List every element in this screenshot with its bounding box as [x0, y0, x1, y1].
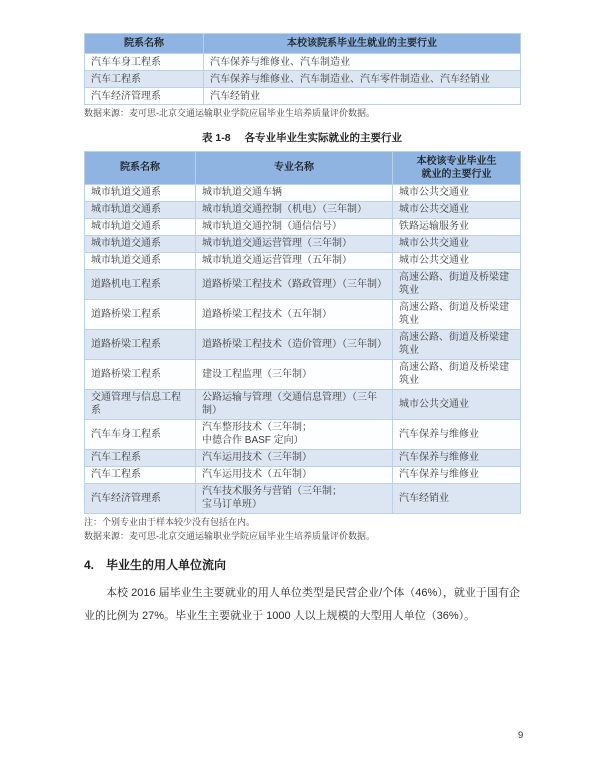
column-header-industry: 本校该院系毕业生就业的主要行业 [204, 34, 521, 54]
industry-cell: 城市公共交通业 [393, 389, 521, 419]
major-industry-table: 院系名称 专业名称 本校该专业毕业生 就业的主要行业 城市轨道交通系城市轨道交通… [84, 151, 521, 514]
table-row: 城市轨道交通系城市轨道交通车辆城市公共交通业 [85, 184, 521, 201]
table-row: 道路桥梁工程系道路桥梁工程技术（五年制）高速公路、街道及桥梁建筑业 [85, 299, 521, 329]
table-row: 城市轨道交通系城市轨道交通控制（通信信号）铁路运输服务业 [85, 218, 521, 235]
department-cell: 汽车车身工程系 [85, 419, 196, 449]
major-cell: 汽车技术服务与营销（三年制； 宝马订单班） [196, 483, 393, 513]
section-heading: 4.毕业生的用人单位流向 [84, 556, 520, 573]
table-row: 道路桥梁工程系道路桥梁工程技术（造价管理）（三年制）高速公路、街道及桥梁建筑业 [85, 329, 521, 359]
department-cell: 汽车工程系 [85, 449, 196, 466]
section-title: 毕业生的用人单位流向 [106, 558, 226, 572]
industry-cell: 铁路运输服务业 [393, 218, 521, 235]
table-row: 汽车车身工程系汽车保养与维修业、汽车制造业 [85, 54, 521, 71]
major-cell: 城市轨道交通控制（通信信号） [196, 218, 393, 235]
department-cell: 交通管理与信息工程系 [85, 389, 196, 419]
department-cell: 汽车车身工程系 [85, 54, 204, 71]
department-cell: 道路桥梁工程系 [85, 359, 196, 389]
table-row: 汽车工程系汽车保养与维修业、汽车制造业、汽车零件制造业、汽车经销业 [85, 71, 521, 88]
table-row: 道路桥梁工程系建设工程监理（三年制）高速公路、街道及桥梁建筑业 [85, 359, 521, 389]
table-row: 汽车经济管理系汽车经销业 [85, 88, 521, 105]
table-row: 城市轨道交通系城市轨道交通运营管理（五年制）城市公共交通业 [85, 252, 521, 269]
industry-cell: 城市公共交通业 [393, 235, 521, 252]
table-caption: 表 1-8各专业毕业生实际就业的主要行业 [84, 130, 520, 145]
industry-cell: 城市公共交通业 [393, 252, 521, 269]
industry-cell: 高速公路、街道及桥梁建筑业 [393, 329, 521, 359]
column-header-department: 院系名称 [85, 151, 196, 184]
department-cell: 汽车工程系 [85, 71, 204, 88]
column-header-major: 专业名称 [196, 151, 393, 184]
industry-cell: 汽车保养与维修业、汽车制造业 [204, 54, 521, 71]
industry-cell: 高速公路、街道及桥梁建筑业 [393, 269, 521, 299]
column-header-industry: 本校该专业毕业生 就业的主要行业 [393, 151, 521, 184]
industry-cell: 汽车保养与维修业 [393, 449, 521, 466]
major-cell: 汽车整形技术（三年制； 中德合作 BASF 定向） [196, 419, 393, 449]
department-cell: 道路桥梁工程系 [85, 329, 196, 359]
section-number: 4. [84, 558, 94, 572]
document-page: 院系名称 本校该院系毕业生就业的主要行业 汽车车身工程系汽车保养与维修业、汽车制… [0, 0, 604, 765]
table-row: 城市轨道交通系城市轨道交通控制（机电）（三年制）城市公共交通业 [85, 201, 521, 218]
data-source-note: 数据来源：麦可思-北京交通运输职业学院应届毕业生培养质量评价数据。 [84, 530, 520, 543]
major-cell: 城市轨道交通车辆 [196, 184, 393, 201]
page-number: 9 [518, 730, 523, 741]
table-row: 道路机电工程系道路桥梁工程技术（路政管理）（三年制）高速公路、街道及桥梁建筑业 [85, 269, 521, 299]
page-content: 院系名称 本校该院系毕业生就业的主要行业 汽车车身工程系汽车保养与维修业、汽车制… [84, 33, 520, 628]
department-cell: 道路机电工程系 [85, 269, 196, 299]
major-cell: 城市轨道交通控制（机电）（三年制） [196, 201, 393, 218]
industry-cell: 汽车经销业 [204, 88, 521, 105]
department-industry-table: 院系名称 本校该院系毕业生就业的主要行业 汽车车身工程系汽车保养与维修业、汽车制… [84, 33, 521, 105]
table-row: 交通管理与信息工程系公路运输与管理（交通信息管理）（三年制）城市公共交通业 [85, 389, 521, 419]
department-cell: 道路桥梁工程系 [85, 299, 196, 329]
body-paragraph: 本校 2016 届毕业生主要就业的用人单位类型是民营企业/个体（46%），就业于… [84, 582, 520, 628]
major-cell: 道路桥梁工程技术（五年制） [196, 299, 393, 329]
table-row: 汽车工程系汽车运用技术（三年制）汽车保养与维修业 [85, 449, 521, 466]
footnote: 注：个别专业由于样本较少没有包括在内。 [84, 516, 520, 529]
industry-cell: 高速公路、街道及桥梁建筑业 [393, 359, 521, 389]
table-caption-title: 各专业毕业生实际就业的主要行业 [245, 132, 403, 144]
department-cell: 汽车经济管理系 [85, 88, 204, 105]
department-cell: 汽车工程系 [85, 466, 196, 483]
data-source-note: 数据来源：麦可思-北京交通运输职业学院应届毕业生培养质量评价数据。 [84, 107, 520, 120]
major-cell: 道路桥梁工程技术（路政管理）（三年制） [196, 269, 393, 299]
table-header-row: 院系名称 本校该院系毕业生就业的主要行业 [85, 34, 521, 54]
major-cell: 城市轨道交通运营管理（三年制） [196, 235, 393, 252]
industry-cell: 汽车保养与维修业、汽车制造业、汽车零件制造业、汽车经销业 [204, 71, 521, 88]
table-row: 城市轨道交通系城市轨道交通运营管理（三年制）城市公共交通业 [85, 235, 521, 252]
major-cell: 城市轨道交通运营管理（五年制） [196, 252, 393, 269]
department-cell: 城市轨道交通系 [85, 218, 196, 235]
industry-cell: 汽车经销业 [393, 483, 521, 513]
department-cell: 城市轨道交通系 [85, 235, 196, 252]
department-cell: 城市轨道交通系 [85, 252, 196, 269]
major-cell: 公路运输与管理（交通信息管理）（三年制） [196, 389, 393, 419]
table-header-row: 院系名称 专业名称 本校该专业毕业生 就业的主要行业 [85, 151, 521, 184]
column-header-department: 院系名称 [85, 34, 204, 54]
industry-cell: 高速公路、街道及桥梁建筑业 [393, 299, 521, 329]
major-cell: 建设工程监理（三年制） [196, 359, 393, 389]
industry-cell: 城市公共交通业 [393, 201, 521, 218]
department-cell: 汽车经济管理系 [85, 483, 196, 513]
table-row: 汽车经济管理系汽车技术服务与营销（三年制； 宝马订单班）汽车经销业 [85, 483, 521, 513]
department-cell: 城市轨道交通系 [85, 184, 196, 201]
department-cell: 城市轨道交通系 [85, 201, 196, 218]
industry-cell: 城市公共交通业 [393, 184, 521, 201]
major-cell: 道路桥梁工程技术（造价管理）（三年制） [196, 329, 393, 359]
major-cell: 汽车运用技术（五年制） [196, 466, 393, 483]
table-caption-label: 表 1-8 [202, 132, 231, 144]
major-cell: 汽车运用技术（三年制） [196, 449, 393, 466]
industry-cell: 汽车保养与维修业 [393, 466, 521, 483]
industry-cell: 汽车保养与维修业 [393, 419, 521, 449]
table-row: 汽车工程系汽车运用技术（五年制）汽车保养与维修业 [85, 466, 521, 483]
table-row: 汽车车身工程系汽车整形技术（三年制； 中德合作 BASF 定向）汽车保养与维修业 [85, 419, 521, 449]
